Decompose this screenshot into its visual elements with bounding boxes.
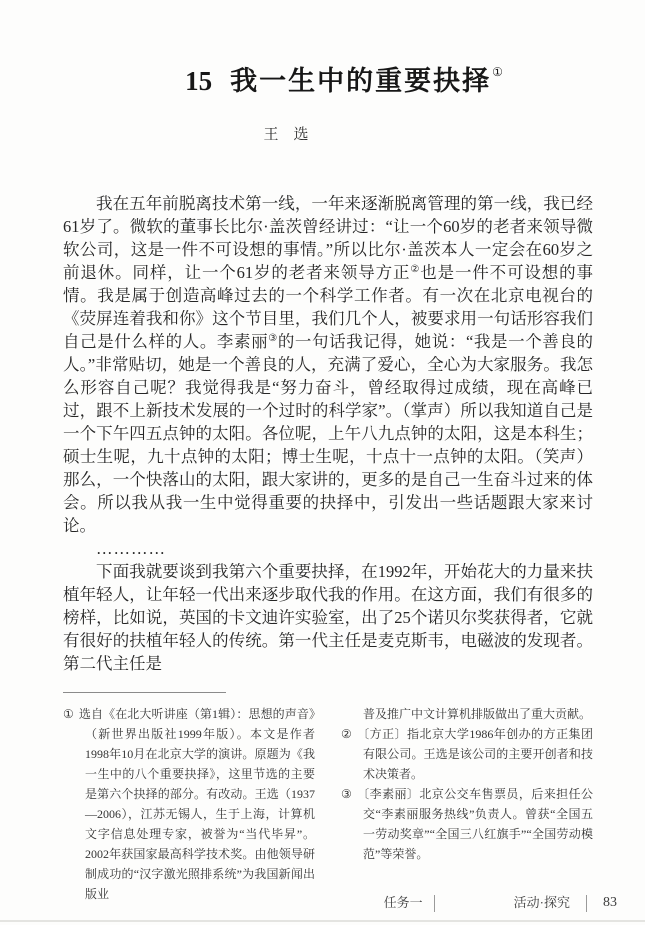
page-title: 15我一生中的重要抉择① (79, 55, 609, 98)
paragraph-1: 我在五年前脱离技术第一线，一年来逐渐脱离管理的第一线，我已经61岁了。微软的董事… (63, 192, 593, 537)
footnote-divider (63, 692, 226, 693)
footnote-2-text: 〔方正〕指北京大学1986年创办的方正集团有限公司。王选是该公司的主要开创者和技… (357, 727, 593, 781)
title-footnote-ref: ① (492, 65, 503, 79)
paragraph-2: 下面我就要谈到我第六个重要抉择，在1992年，开始花大的力量来扶植年轻人，让年轻… (63, 560, 593, 675)
footnotes-column-left: ①选自《在北大听讲座（第1辑）：思想的声音》（新世界出版社1999年版）。本文是… (63, 704, 315, 904)
footnote-ref-2: ② (410, 264, 420, 275)
footnote-1-text: 选自《在北大听讲座（第1辑）：思想的声音》（新世界出版社1999年版）。本文是作… (79, 707, 315, 901)
footnote-1: ①选自《在北大听讲座（第1辑）：思想的声音》（新世界出版社1999年版）。本文是… (63, 704, 315, 904)
page-content: 15我一生中的重要抉择① 王 选 我在五年前脱离技术第一线，一年来逐渐脱离管理的… (63, 0, 593, 904)
author-name: 王 选 (21, 125, 551, 145)
unit-label: 活动·探究 (514, 894, 570, 912)
footnote-3-marker: ③ (341, 787, 352, 801)
footer-separator-2 (586, 895, 587, 912)
body-text: 我在五年前脱离技术第一线，一年来逐渐脱离管理的第一线，我已经61岁了。微软的董事… (63, 192, 593, 675)
task-label: 任务一 (384, 894, 423, 912)
footnote-ref-3: ③ (268, 333, 278, 344)
footnote-2-marker: ② (341, 727, 352, 741)
page-number: 83 (603, 894, 617, 912)
page-footer: 任务一 活动·探究 83 (384, 894, 617, 912)
footnote-2: ②〔方正〕指北京大学1986年创办的方正集团有限公司。王选是该公司的主要开创者和… (341, 724, 593, 784)
para1-segment-3: 的一句话我记得，她说：“我是一个善良的人。”非常贴切，她是一个善良的人，充满了爱… (63, 332, 593, 535)
page-bottom-edge (0, 920, 645, 922)
footnote-1-marker: ① (63, 707, 74, 721)
omission-ellipsis: ………… (63, 537, 593, 560)
footnote-3-text: 〔李素丽〕北京公交车售票员，后来担任公交“李素丽服务热线”负责人。曾获“全国五一… (357, 787, 593, 861)
footnote-1-continuation: 普及推广中文计算机排版做出了重大贡献。 (341, 704, 593, 724)
lesson-number: 15 (185, 66, 212, 96)
footer-separator-1 (434, 895, 435, 912)
footnote-3: ③〔李素丽〕北京公交车售票员，后来担任公交“李素丽服务热线”负责人。曾获“全国五… (341, 784, 593, 864)
lesson-title-text: 我一生中的重要抉择 (230, 66, 491, 96)
footnotes-section: ①选自《在北大听讲座（第1辑）：思想的声音》（新世界出版社1999年版）。本文是… (63, 704, 593, 904)
textbook-page: 15我一生中的重要抉择① 王 选 我在五年前脱离技术第一线，一年来逐渐脱离管理的… (0, 0, 645, 925)
footnotes-column-right: 普及推广中文计算机排版做出了重大贡献。 ②〔方正〕指北京大学1986年创办的方正… (341, 704, 593, 904)
